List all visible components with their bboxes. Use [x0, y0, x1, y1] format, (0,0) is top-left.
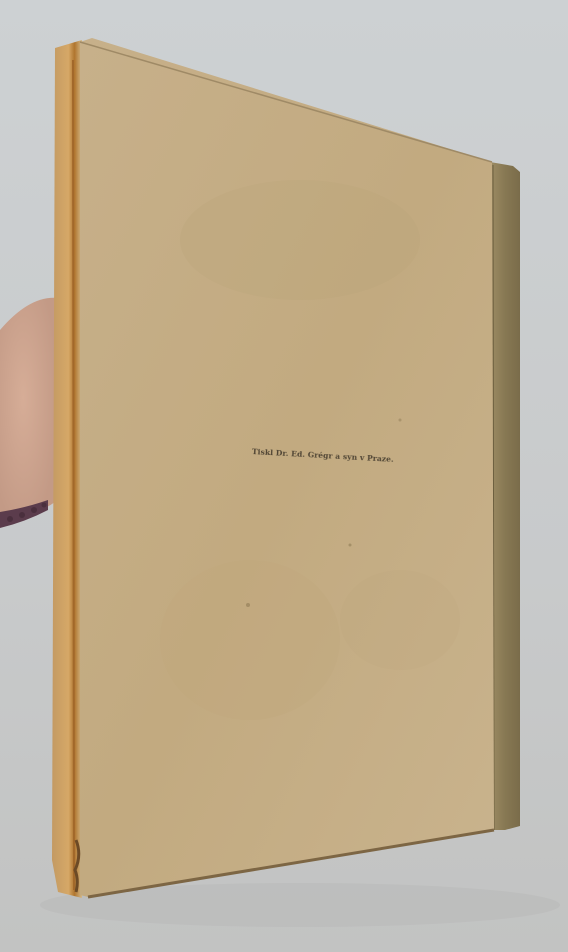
hand: [0, 298, 58, 528]
back-cover: [80, 38, 494, 897]
page-edge: [52, 40, 82, 898]
photo-scene: [0, 0, 568, 952]
spine: [490, 162, 520, 830]
